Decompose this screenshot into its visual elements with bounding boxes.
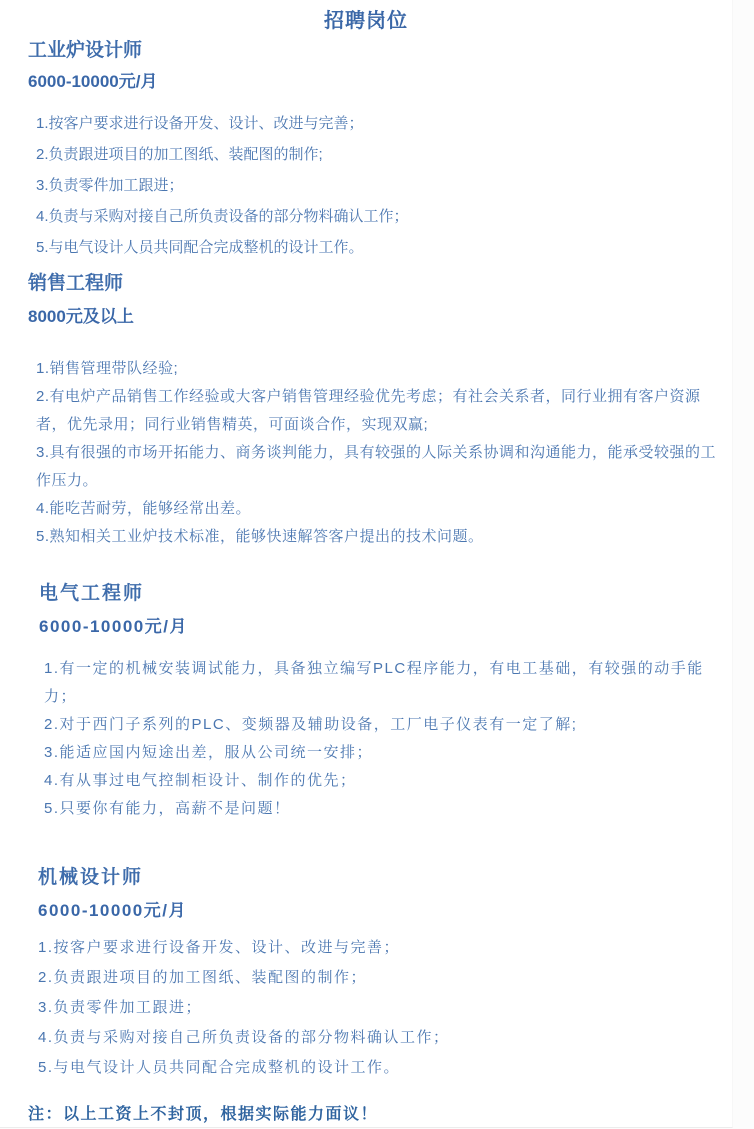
job-title: 机械设计师 [38, 865, 732, 891]
requirement-item: 4.负责与采购对接自己所负责设备的部分物料确认工作； [38, 1023, 722, 1053]
job-salary: 8000元及以上 [28, 305, 732, 329]
job-salary: 6000-10000元/月 [38, 899, 732, 923]
requirement-item: 2.负责跟进项目的加工图纸、装配图的制作; [36, 139, 702, 170]
job-section-electrical-engineer: 电气工程师 6000-10000元/月 1.有一定的机械安装调试能力，具备独立编… [0, 581, 732, 823]
requirement-item: 1.按客户要求进行设备开发、设计、改进与完善； [36, 108, 702, 139]
page-title: 招聘岗位 [0, 8, 732, 34]
job-section-mechanical-designer: 机械设计师 6000-10000元/月 1.按客户要求进行设备开发、设计、改进与… [0, 865, 732, 1083]
requirement-item: 2.负责跟进项目的加工图纸、装配图的制作； [38, 963, 722, 993]
requirement-list: 1.按客户要求进行设备开发、设计、改进与完善； 2.负责跟进项目的加工图纸、装配… [38, 933, 722, 1083]
requirement-item: 5.熟知相关工业炉技术标准，能够快速解答客户提出的技术问题。 [36, 523, 728, 551]
article-card: 招聘岗位 工业炉设计师 6000-10000元/月 1.按客户要求进行设备开发、… [0, 0, 733, 1128]
requirement-list: 1.有一定的机械安装调试能力，具备独立编写PLC程序能力，有电工基础，有较强的动… [44, 655, 724, 823]
requirement-item: 5.与电气设计人员共同配合完成整机的设计工作。 [36, 232, 702, 263]
job-salary: 6000-10000元/月 [39, 615, 732, 639]
requirement-item: 4.能吃苦耐劳，能够经常出差。 [36, 495, 728, 523]
job-title: 电气工程师 [39, 581, 732, 607]
requirement-item: 2.有电炉产品销售工作经验或大客户销售管理经验优先考虑；有社会关系者，同行业拥有… [36, 383, 728, 439]
requirement-item: 3.具有很强的市场开拓能力、商务谈判能力，具有较强的人际关系协调和沟通能力，能承… [36, 439, 728, 495]
requirement-item: 1.按客户要求进行设备开发、设计、改进与完善； [38, 933, 722, 963]
requirement-list: 1.按客户要求进行设备开发、设计、改进与完善； 2.负责跟进项目的加工图纸、装配… [36, 108, 702, 263]
requirement-item: 3.负责零件加工跟进； [38, 993, 722, 1023]
job-salary: 6000-10000元/月 [28, 70, 732, 94]
requirement-item: 1.销售管理带队经验; [36, 355, 728, 383]
job-section-sales-engineer: 销售工程师 8000元及以上 1.销售管理带队经验; 2.有电炉产品销售工作经验… [0, 271, 732, 551]
requirement-item: 3.能适应国内短途出差，服从公司统一安排； [44, 739, 724, 767]
requirement-item: 3.负责零件加工跟进； [36, 170, 702, 201]
requirement-item: 4.负责与采购对接自己所负责设备的部分物料确认工作； [36, 201, 702, 232]
requirement-item: 4.有从事过电气控制柜设计、制作的优先； [44, 767, 724, 795]
requirement-list: 1.销售管理带队经验; 2.有电炉产品销售工作经验或大客户销售管理经验优先考虑；… [36, 355, 728, 551]
job-section-industrial-furnace-designer: 工业炉设计师 6000-10000元/月 1.按客户要求进行设备开发、设计、改进… [0, 38, 732, 263]
requirement-item: 5.只要你有能力，高薪不是问题！ [44, 795, 724, 823]
requirement-item: 2.对于西门子系列的PLC、变频器及辅助设备，工厂电子仪表有一定了解; [44, 711, 724, 739]
job-title: 工业炉设计师 [28, 38, 732, 64]
requirement-item: 1.有一定的机械安装调试能力，具备独立编写PLC程序能力，有电工基础，有较强的动… [44, 655, 724, 711]
salary-note: 注：以上工资上不封顶，根据实际能力面议！ [28, 1103, 712, 1127]
job-title: 销售工程师 [28, 271, 732, 297]
requirement-item: 5.与电气设计人员共同配合完成整机的设计工作。 [38, 1053, 722, 1083]
